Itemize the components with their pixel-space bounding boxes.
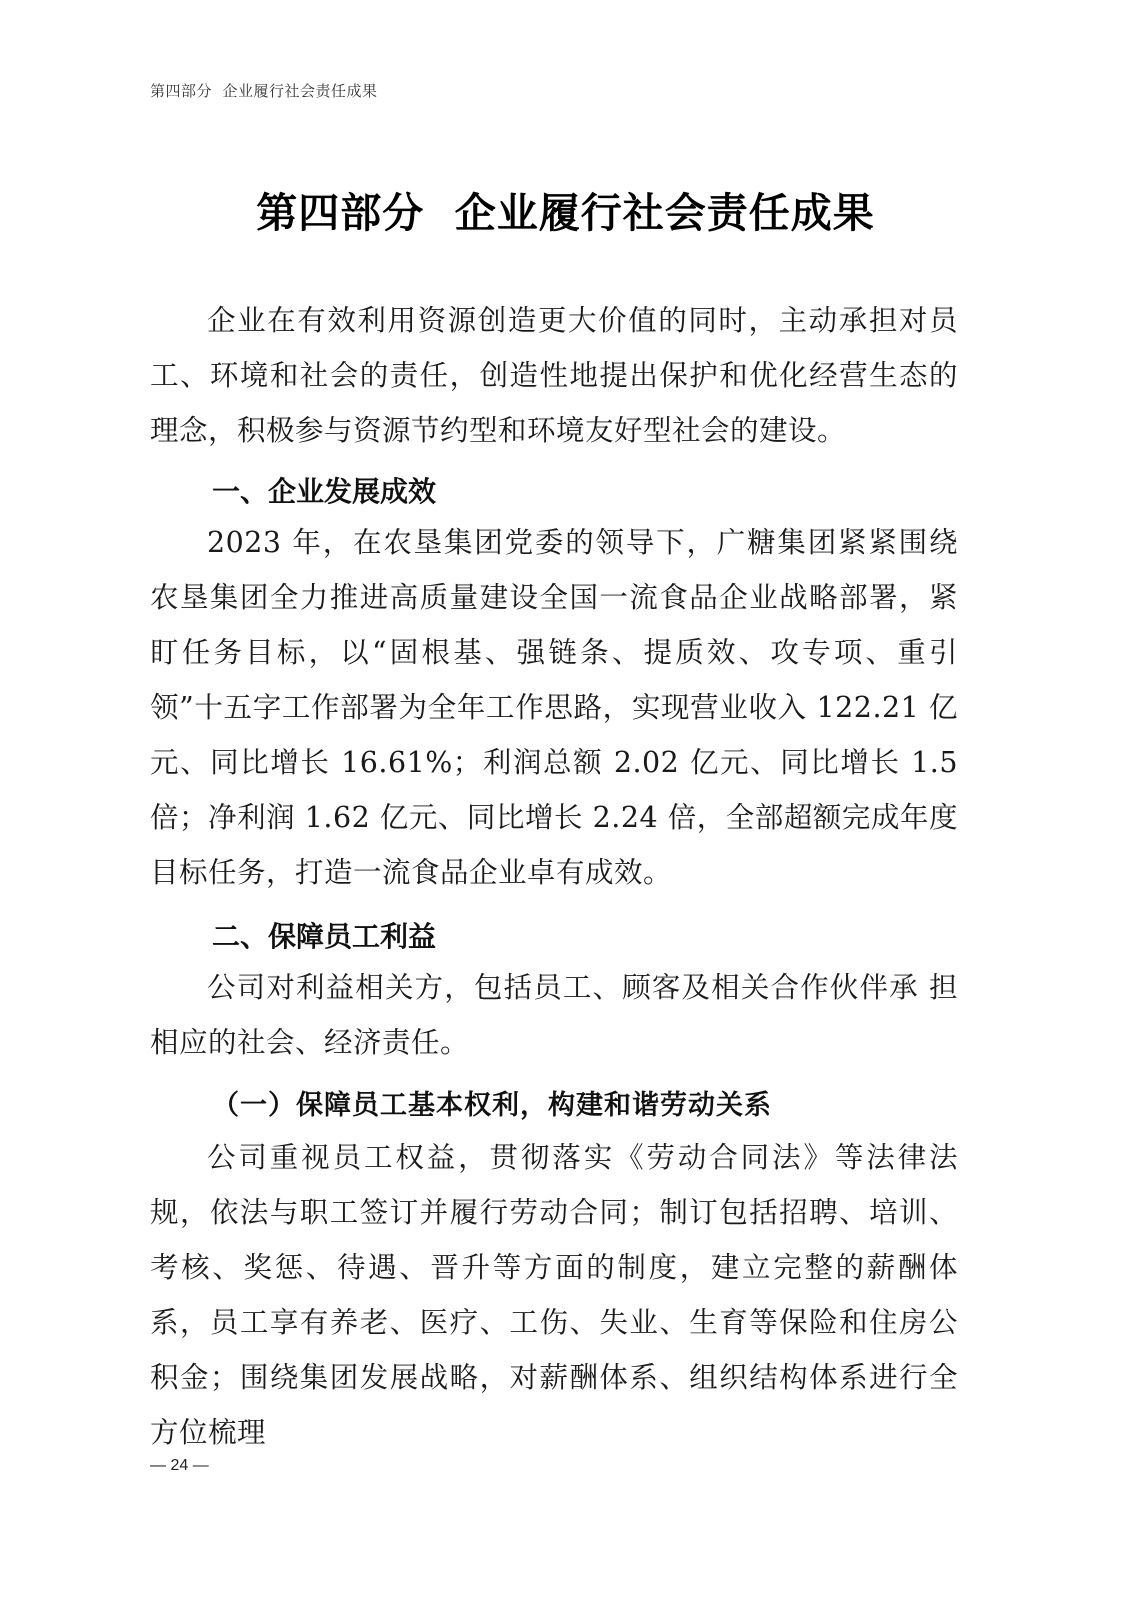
employee-interests-paragraph: 公司对利益相关方，包括员工、顾客及相关合作伙伴承 担相应的社会、经济责任。 (150, 960, 958, 1070)
page-title: 第四部分 企业履行社会责任成果 (0, 180, 1131, 239)
intro-paragraph: 企业在有效利用资源创造更大价值的同时，主动承担对员工、环境和社会的责任，创造性地… (150, 293, 958, 458)
basic-rights-paragraph: 公司重视员工权益，贯彻落实《劳动合同法》等法律法规，依法与职工签订并履行劳动合同… (150, 1130, 958, 1460)
page-number: — 24 — (150, 1457, 209, 1475)
section-heading-development: 一、企业发展成效 (212, 470, 436, 510)
running-header: 第四部分 企业履行社会责任成果 (150, 80, 378, 101)
subsection-heading-basic-rights: （一）保障员工基本权利，构建和谐劳动关系 (212, 1083, 772, 1122)
section-heading-employee-interests: 二、保障员工利益 (212, 915, 436, 955)
development-paragraph: 2023 年，在农垦集团党委的领导下，广糖集团紧紧围绕农垦集团全力推进高质量建设… (150, 515, 958, 900)
